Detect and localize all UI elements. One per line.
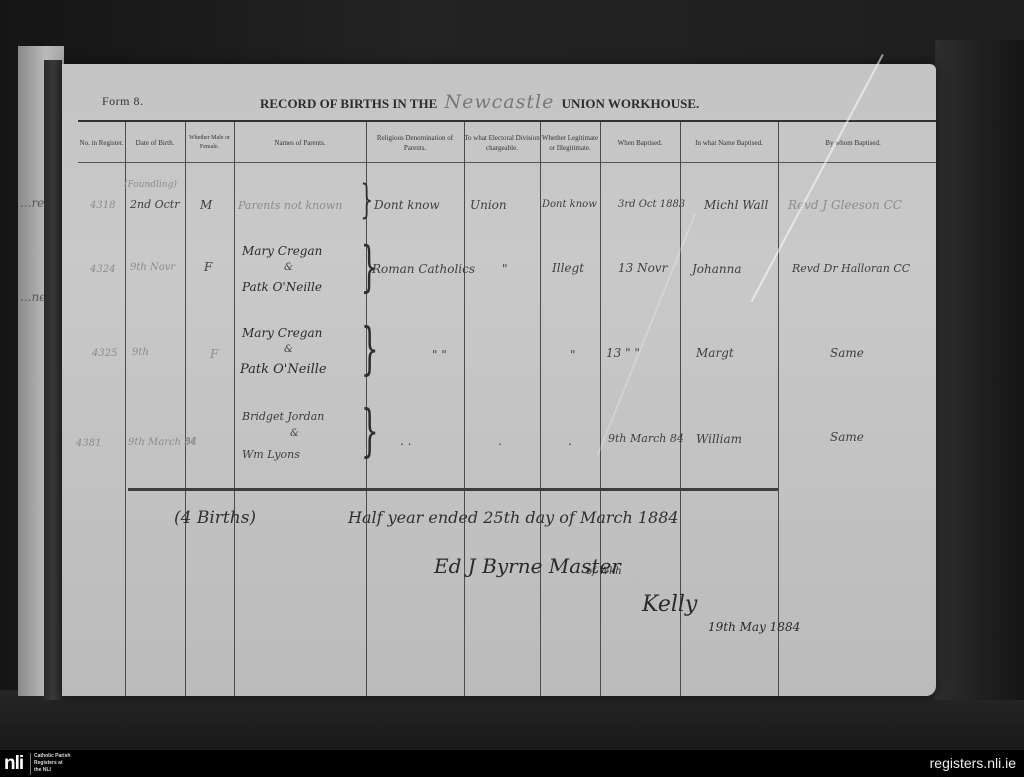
tagline-line: Catholic Parish (34, 753, 70, 760)
register-page: Form 8. RECORD OF BIRTHS IN THE Newcastl… (62, 64, 936, 696)
column-divider (125, 122, 126, 696)
column-header-parents: Names of Parents. (234, 126, 366, 160)
name-baptised: Michl Wall (704, 198, 768, 212)
parents-line: & (284, 262, 293, 273)
baptised-by: Same (830, 430, 864, 444)
header-bottom-rule (78, 162, 936, 163)
column-header-electoral-division: To what Electoral Division chargeable. (464, 126, 540, 160)
sex: M (200, 198, 212, 212)
form-number: Form 8. (102, 94, 144, 109)
column-divider (234, 122, 235, 696)
when-baptised: 9th March 84 (608, 432, 684, 445)
religion: Dont know (374, 198, 440, 212)
electoral-division: Union (470, 198, 507, 212)
column-header-date-of-birth: Date of Birth. (125, 126, 185, 160)
column-divider (540, 122, 541, 696)
margin-note: ...ne (20, 290, 46, 304)
book-spine (44, 60, 62, 700)
half-year-statement: Half year ended 25th day of March 1884 (348, 508, 679, 527)
nli-logo[interactable]: nli (4, 754, 23, 774)
signature-date: 19th May 1884 (708, 620, 800, 634)
column-header-legitimacy: Whether Legitimate or Illegitimate. (540, 126, 600, 160)
parents-line: & (290, 428, 299, 439)
margin-note: ...re (20, 196, 44, 210)
column-header-religion: Religious Denomination of Parents. (366, 126, 464, 160)
logo-divider (30, 753, 31, 775)
parents-line: Patk O'Neille (242, 280, 322, 294)
date-of-birth: 9th (132, 347, 149, 358)
chaplain-signature: Kelly (642, 592, 697, 617)
parents-line: & (284, 344, 293, 355)
parents-line: Mary Cregan (242, 244, 322, 258)
parents-line: Mary Cregan (242, 326, 322, 340)
header-top-rule (78, 120, 936, 122)
column-divider (600, 122, 601, 696)
total-rule (128, 488, 778, 491)
religion: . . (400, 434, 411, 448)
column-header-name-baptised: In what Name Baptised. (680, 126, 778, 160)
site-link[interactable]: registers.nli.ie (930, 755, 1016, 771)
register-no: 4325 (92, 348, 117, 359)
column-divider (464, 122, 465, 696)
parents-line: Patk O'Neille (240, 362, 327, 377)
tagline-line: the NLI (34, 767, 70, 774)
book-lower-edge (0, 690, 1024, 750)
sex: F (210, 347, 218, 361)
electoral-division: . (498, 434, 502, 448)
register-no: 4381 (76, 438, 101, 449)
legitimacy: . (568, 434, 572, 448)
tagline-line: Registers at (34, 760, 70, 767)
religion: Roman Catholics (372, 262, 475, 276)
legitimacy: Illegt (552, 261, 584, 275)
sex: M (186, 437, 195, 447)
baptised-by: Revd Dr Halloran CC (792, 262, 910, 275)
baptised-by: Same (830, 346, 864, 360)
master-signature-suffix: of Wkh (586, 566, 622, 577)
brace: } (361, 404, 379, 460)
parents-line: Parents not known (238, 199, 342, 212)
title-prefix: RECORD OF BIRTHS IN THE (260, 96, 437, 111)
book-right-edge (935, 40, 1024, 700)
column-header-when-baptised: When Baptised. (600, 126, 680, 160)
electoral-division: " (502, 262, 508, 276)
register-no: 4324 (90, 264, 115, 275)
parents-line: Bridget Jordan (242, 410, 324, 423)
when-baptised: 3rd Oct 1883 (618, 199, 685, 210)
brace: } (361, 322, 379, 378)
register-no: 4318 (90, 200, 115, 211)
column-divider (185, 122, 186, 696)
when-baptised: 13 Novr (618, 261, 667, 275)
name-baptised: Johanna (692, 262, 742, 276)
column-header-register-no: No. in Register. (78, 126, 125, 160)
name-baptised: Margt (696, 346, 734, 360)
sex: F (204, 260, 212, 274)
religion: " " (432, 348, 447, 362)
page-title: RECORD OF BIRTHS IN THE Newcastle UNION … (260, 91, 699, 113)
date-of-birth: 2nd Octr (130, 198, 179, 211)
column-header-sex: Whether Male or Female. (185, 126, 234, 160)
brace: } (360, 180, 373, 220)
legitimacy: Dont know (542, 199, 597, 210)
date-of-birth: 9th Novr (130, 262, 175, 273)
column-divider (778, 122, 779, 696)
foundling-note: (Foundling) (124, 180, 177, 190)
column-header-baptised-by: By whom Baptised. (778, 126, 928, 160)
nli-tagline: Catholic Parish Registers at the NLI (34, 753, 70, 774)
title-union-name: Newcastle (445, 91, 555, 113)
parents-line: Wm Lyons (242, 448, 300, 461)
image-viewer: ...re ...ne Form 8. RECORD OF BIRTHS IN … (0, 0, 1024, 750)
title-suffix: UNION WORKHOUSE. (562, 96, 700, 111)
viewer-footer: nli Catholic Parish Registers at the NLI… (0, 750, 1024, 777)
births-count: (4 Births) (174, 508, 256, 528)
name-baptised: William (696, 432, 742, 446)
